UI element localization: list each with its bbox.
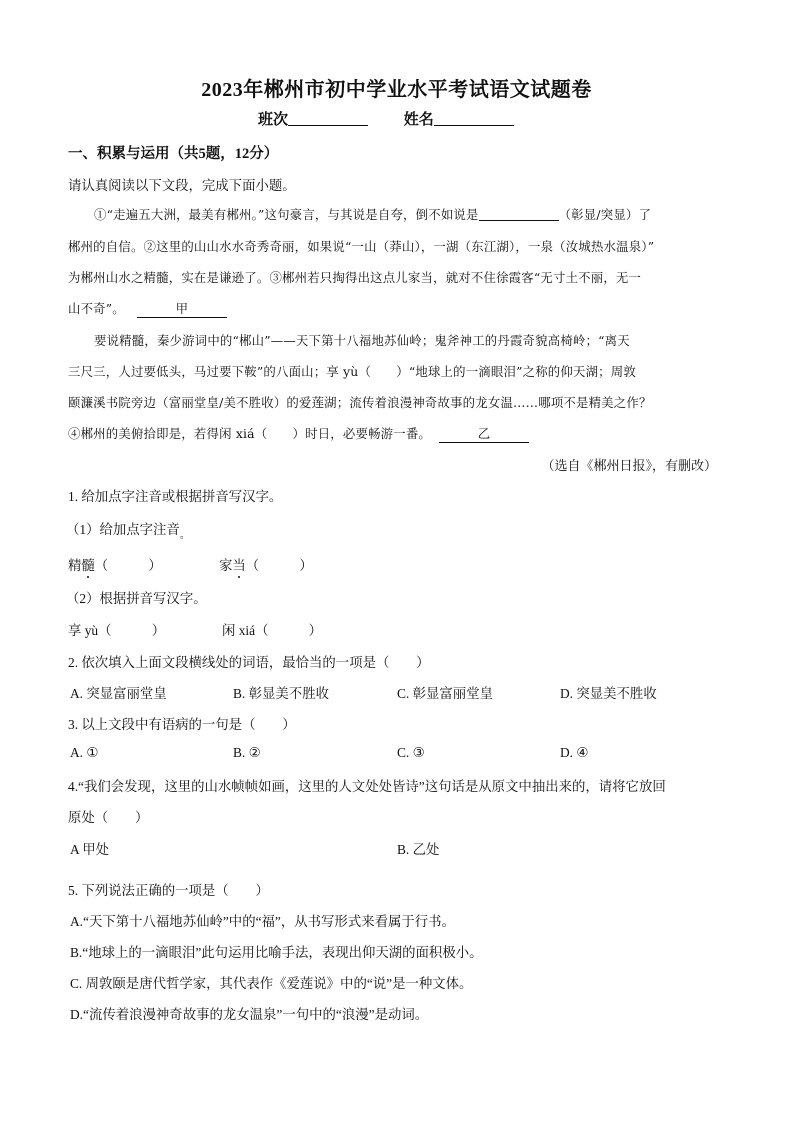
passage-line: ①“走遍五大洲，最美有郴州。”这句豪言，与其说是自夸，倒不如说是（彰显/突显）了 xyxy=(94,205,651,223)
question-3-stem: 3. 以上文段中有语病的一句是（ ） xyxy=(68,714,296,733)
question-1-sub2: （2）根据拼音写汉字。 xyxy=(66,588,207,607)
question-4-option-b[interactable]: B. 乙处 xyxy=(397,839,439,858)
exam-page: 2023年郴州市初中学业水平考试语文试题卷 班次 姓名 一、积累与运用（共5题，… xyxy=(0,0,793,1122)
answer-paren[interactable]: （ ） xyxy=(246,558,313,573)
class-blank[interactable] xyxy=(288,111,368,126)
class-label: 班次 xyxy=(258,112,288,128)
hanzi-item-yu[interactable]: 享 yù（ ） xyxy=(68,620,165,639)
passage-text: ④郴州的美俯拾即是，若得闲 xiá（ ）时日，必要畅游一番。 xyxy=(68,426,431,441)
passage-text: （彰显/突显）了 xyxy=(559,207,652,222)
passage-line: ④郴州的美俯拾即是，若得闲 xiá（ ）时日，必要畅游一番。乙 xyxy=(68,424,529,443)
student-info-line: 班次 姓名 xyxy=(258,108,514,129)
fill-blank xyxy=(479,208,559,221)
passage-line: 郴州的自信。②这里的山山水水奇秀奇丽，如果说“一山（莽山），一湖（东江湖），一泉… xyxy=(68,237,654,255)
question-1-stem: 1. 给加点字注音或根据拼音写汉字。 xyxy=(68,486,282,505)
question-5-option-c[interactable]: C. 周敦颐是唐代哲学家，其代表作《爱莲说》中的“说”是一种文体。 xyxy=(70,973,472,992)
dotted-char: 髓 xyxy=(81,558,94,573)
sub-question-period: 。 xyxy=(180,530,190,541)
question-2-option-a[interactable]: A. 突显富丽堂皇 xyxy=(70,683,167,702)
page-title: 2023年郴州市初中学业水平考试语文试题卷 xyxy=(0,73,793,102)
passage-text: ①“走遍五大洲，最美有郴州。”这句豪言，与其说是自夸，倒不如说是 xyxy=(94,207,479,222)
question-2-stem: 2. 依次填入上面文段横线处的词语，最恰当的一项是（ ） xyxy=(68,652,430,671)
pinyin-item-jiadang: 家当（ ） xyxy=(219,555,313,574)
question-1-sub1: （1）给加点字注音。 xyxy=(66,519,190,541)
hanzi-item-xia[interactable]: 闲 xiá（ ） xyxy=(222,620,322,639)
item-char: 家 xyxy=(219,558,232,573)
name-label: 姓名 xyxy=(404,112,434,128)
question-2-option-d[interactable]: D. 突显美不胜收 xyxy=(560,683,657,702)
question-4-option-a[interactable]: A 甲处 xyxy=(70,839,109,858)
passage-line: 山不奇”。甲 xyxy=(68,299,227,318)
sub-question-text: （1）给加点字注音 xyxy=(66,522,180,537)
item-char: 精 xyxy=(68,558,81,573)
marker-yi: 乙 xyxy=(439,424,529,443)
question-3-option-a[interactable]: A. ① xyxy=(70,745,98,761)
passage-line: 颐濂溪书院旁边（富丽堂皇/美不胜收）的爱莲湖；流传着浪漫神奇故事的龙女温……哪项… xyxy=(68,393,652,411)
passage-line: 要说精髓，秦少游词中的“郴山”——天下第十八福地苏仙岭；鬼斧神工的丹霞奇貌高椅岭… xyxy=(94,331,630,349)
question-3-option-c[interactable]: C. ③ xyxy=(397,745,425,761)
question-2-option-b[interactable]: B. 彰显美不胜收 xyxy=(233,683,329,702)
question-2-option-c[interactable]: C. 彰显富丽堂皇 xyxy=(397,683,493,702)
marker-jia: 甲 xyxy=(137,299,227,318)
passage-line: 三尺三，人过要低头，马过要下鞍”的八面山；享 yù（ ）“地球上的一滴眼泪”之称… xyxy=(68,362,636,380)
dotted-char: 当 xyxy=(232,558,245,573)
passage-line: 为郴州山水之精髓，实在是谦逊了。③郴州若只掏得出这点儿家当，就对不住徐霞客“无寸… xyxy=(68,268,641,286)
question-4-stem-cont: 原处（ ） xyxy=(68,807,148,826)
name-blank[interactable] xyxy=(434,111,514,126)
question-5-option-b[interactable]: B.“地球上的一滴眼泪”此句运用比喻手法，表现出仰天湖的面积极小。 xyxy=(70,942,483,961)
question-4-stem: 4.“我们会发现，这里的山水帧帧如画，这里的人文处处皆诗”这句话是从原文中抽出来… xyxy=(68,776,666,795)
answer-paren[interactable]: （ ） xyxy=(95,558,162,573)
question-5-stem: 5. 下列说法正确的一项是（ ） xyxy=(68,880,269,899)
passage-text: 山不奇”。 xyxy=(68,301,125,316)
section-instruction: 请认真阅读以下文段，完成下面小题。 xyxy=(68,175,296,194)
section-heading: 一、积累与运用（共5题，12分） xyxy=(68,142,278,163)
question-3-option-b[interactable]: B. ② xyxy=(233,745,261,761)
question-3-option-d[interactable]: D. ④ xyxy=(560,745,588,761)
question-5-option-a[interactable]: A.“天下第十八福地苏仙岭”中的“福”，从书写形式来看属于行书。 xyxy=(70,911,455,930)
pinyin-item-jingsui: 精髓（ ） xyxy=(68,555,162,574)
question-5-option-d[interactable]: D.“流传着浪漫神奇故事的龙女温泉”一句中的“浪漫”是动词。 xyxy=(70,1004,428,1023)
passage-source: （选自《郴州日报》，有删改） xyxy=(541,455,717,474)
